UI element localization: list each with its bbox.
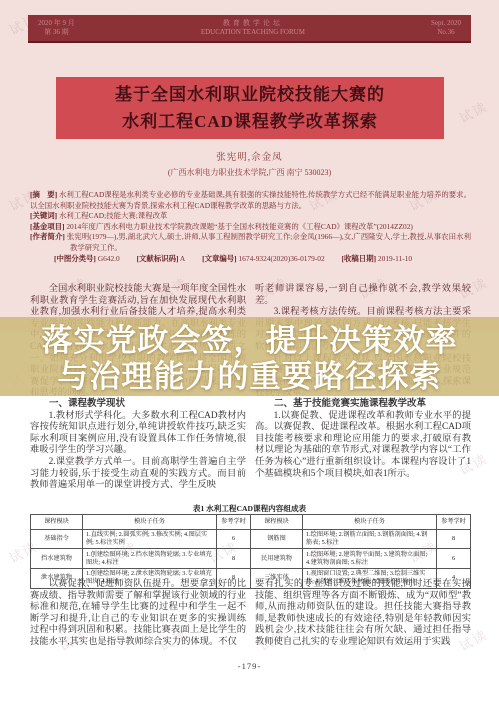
section-heading-2: 二、基于技能竞赛实施课程教学改革 (255, 399, 471, 411)
abstract-text: 水利工程CAD课程是水利类专业必修的专业基础课,具有很强的实操技能特性,传统教学… (30, 190, 471, 210)
article-title: 基于全国水利职业院校技能大赛的 水利工程CAD课程教学改革探索 (56, 77, 444, 139)
clc-value: G642.0 (98, 254, 120, 263)
article-title-line-2: 水利工程CAD课程教学改革探索 (56, 109, 444, 136)
clc-label: [中图分类号] (54, 254, 96, 263)
table-cell: 挡水建筑物 (31, 549, 83, 569)
meta-block: [摘 要] 水利工程CAD课程是水利类专业必修的专业基础课,具有很强的实操技能特… (30, 190, 471, 264)
author-bio-row: [作者简介] 张宪明(1979—),男,湖北武穴人,硕士,讲师,从事工程制图教学… (30, 232, 471, 253)
table-cell: 1.绘图环境; 2.建筑物平面图; 3.建筑物立面图; 4.建筑物剖面图; 5.… (303, 549, 437, 569)
article-id-label: [文章编号] (202, 254, 237, 263)
fund-text: 2014年度广西水利电力职业技术学院教改课题“基于全国水利技能竞赛的《工程CAD… (66, 222, 413, 231)
fund-label: [基金项目] (30, 222, 65, 231)
continuation-paragraph: 听老师讲课容易,一到自己操作就不会,教学效果较差。 (255, 284, 471, 307)
received-date-value: 2019-11-10 (378, 254, 412, 263)
table-cell: 8 (217, 549, 251, 569)
table-header-cell: 参考学时 (217, 515, 251, 530)
table-caption: 表1 水利工程CAD课程内容组成表 (0, 503, 499, 514)
teacher-team-paragraph: 以赛促教、促进师资队伍提升。想要拿到好的比赛成绩、指导教师需要了解和掌握该行业领… (30, 579, 246, 649)
promo-banner-overlay[interactable]: 落实党政会签，提升决策效率 与治理能力的重要路径探索 (0, 317, 499, 396)
promo-banner-line-2: 与治理能力的重要路径探索 (0, 359, 499, 395)
table-header-cell: 课程模块 (31, 515, 83, 530)
table-cell: 基础指令 (31, 529, 83, 549)
journal-issue-cn: 2020 年 9 月 第 36 期 (38, 19, 75, 37)
abstract-row: [摘 要] 水利工程CAD课程是水利类专业必修的专业基础课,具有很强的实操技能特… (30, 190, 471, 211)
journal-header: 2020 年 9 月 第 36 期 教育教学论坛 EDUCATION TEACH… (28, 15, 471, 43)
table-cell: 1.绘图环境; 2.钢筋立面图; 3.钢筋剖面图; 4.钢筋表; 5.标注 (303, 529, 437, 549)
catalog-row: [中图分类号] G642.0 [文献标识码] A [文章编号] 1674-932… (30, 254, 471, 265)
course-content-table: 课程模块模块子任务参考学时课程模块模块子任务参考学时 基础指令1.直线实例; 2… (30, 514, 471, 589)
body-column-right-mid: 二、基于技能竞赛实施课程教学改革 1.以赛促教、促进课程改革和教师专业水平的提高… (255, 399, 471, 480)
journal-name-cn: 教育教学论坛 (201, 19, 305, 28)
article-title-line-1: 基于全国水利职业院校技能大赛的 (56, 82, 444, 109)
doc-code-label: [文献标识码] (137, 254, 179, 263)
teacher-growth-paragraph: 要有扎实的专业知识及过硬的技能,同时还要在实操技能、组织管理等各方面不断锻炼、成… (255, 579, 471, 649)
journal-date-en: Sept. 2020 (431, 19, 461, 28)
journal-issue-number-en: No.36 (431, 28, 461, 37)
document-page: 试读试读试读试读试读试读试读试读试读试读试读试读试读试读试读试读试读试读试读试读… (0, 0, 499, 706)
table-header-cell: 参考学时 (437, 515, 471, 530)
article-id-value: 1674-9324(2020)36-0179-02 (238, 254, 324, 263)
affiliation: (广西水利电力职业技术学院,广西 南宁 530023) (0, 167, 499, 178)
table-cell: 8 (437, 529, 471, 549)
doc-code-value: A (180, 254, 185, 263)
table-cell: 1.直线实例; 2.圆弧实例; 3.修改实例; 4.图层实例; 5.标注实例 (83, 529, 217, 549)
course-reform-paragraph: 1.以赛促教、促进课程改革和教师专业水平的提高。以赛促教、促进课程改革。根据水利… (255, 411, 471, 481)
section-heading-1: 一、课程教学现状 (30, 399, 246, 411)
journal-date-cn: 2020 年 9 月 (38, 19, 75, 28)
table-header-row: 课程模块模块子任务参考学时课程模块模块子任务参考学时 (31, 515, 471, 530)
table-row: 基础指令1.直线实例; 2.圆弧实例; 3.修改实例; 4.图层实例; 5.标注… (31, 529, 471, 549)
textbook-paragraph: 1.教材形式学科化。大多数水利工程CAD教材内容按传统知识点进行划分,单纯讲授软… (30, 411, 246, 457)
keywords-label: [关键词] (30, 211, 57, 220)
table-cell: 6 (217, 529, 251, 549)
page-number: -179- (0, 661, 499, 671)
promo-banner-line-1: 落实党政会签，提升决策效率 (0, 323, 499, 359)
body-column-right-bottom: 要有扎实的专业知识及过硬的技能,同时还要在实操技能、组织管理等各方面不断锻炼、成… (255, 579, 471, 649)
keywords-text: 水利工程CAD;技能大赛;课程改革 (59, 211, 167, 220)
table-row: 挡水建筑物1.创建绘图环境; 2.挡水建筑物轮廓; 3.专业填充图块; 4.标注… (31, 549, 471, 569)
teaching-method-paragraph: 2.课堂教学方式单一。目前高职学生普遍自主学习能力较弱,乐于接受生动直观的实践方… (30, 457, 246, 492)
authors: 张宪明,佘金凤 (0, 149, 499, 163)
keywords-row: [关键词] 水利工程CAD;技能大赛;课程改革 (30, 211, 471, 222)
table-header-cell: 模块子任务 (83, 515, 217, 530)
journal-name: 教育教学论坛 EDUCATION TEACHING FORUM (201, 19, 305, 37)
table-cell: 6 (437, 549, 471, 569)
table-cell: 1.创建绘图环境; 2.挡水建筑物轮廓; 3.专业填充图块; 4.标注 (83, 549, 217, 569)
preview-tint-overlay (0, 0, 499, 332)
author-bio-label: [作者简介] (30, 232, 65, 241)
received-date-label: [收稿日期] (342, 254, 377, 263)
body-column-left-mid: 一、课程教学现状 1.教材形式学科化。大多数水利工程CAD教材内容按传统知识点进… (30, 399, 246, 492)
journal-issue-en: Sept. 2020 No.36 (431, 19, 461, 37)
author-bio-text: 张宪明(1979—),男,湖北武穴人,硕士,讲师,从事工程制图教学研究工作;佘金… (67, 232, 471, 252)
table-header-cell: 课程模块 (251, 515, 303, 530)
journal-issue-number-cn: 第 36 期 (38, 28, 75, 37)
fund-row: [基金项目] 2014年度广西水利电力职业技术学院教改课题“基于全国水利技能竞赛… (30, 222, 471, 233)
body-column-left-bottom: 以赛促教、促进师资队伍提升。想要拿到好的比赛成绩、指导教师需要了解和掌握该行业领… (30, 579, 246, 649)
table-cell: 钢筋图 (251, 529, 303, 549)
table-cell: 民用建筑物 (251, 549, 303, 569)
journal-name-en: EDUCATION TEACHING FORUM (201, 28, 305, 37)
abstract-label: [摘 要] (30, 190, 57, 199)
table-header-cell: 模块子任务 (303, 515, 437, 530)
